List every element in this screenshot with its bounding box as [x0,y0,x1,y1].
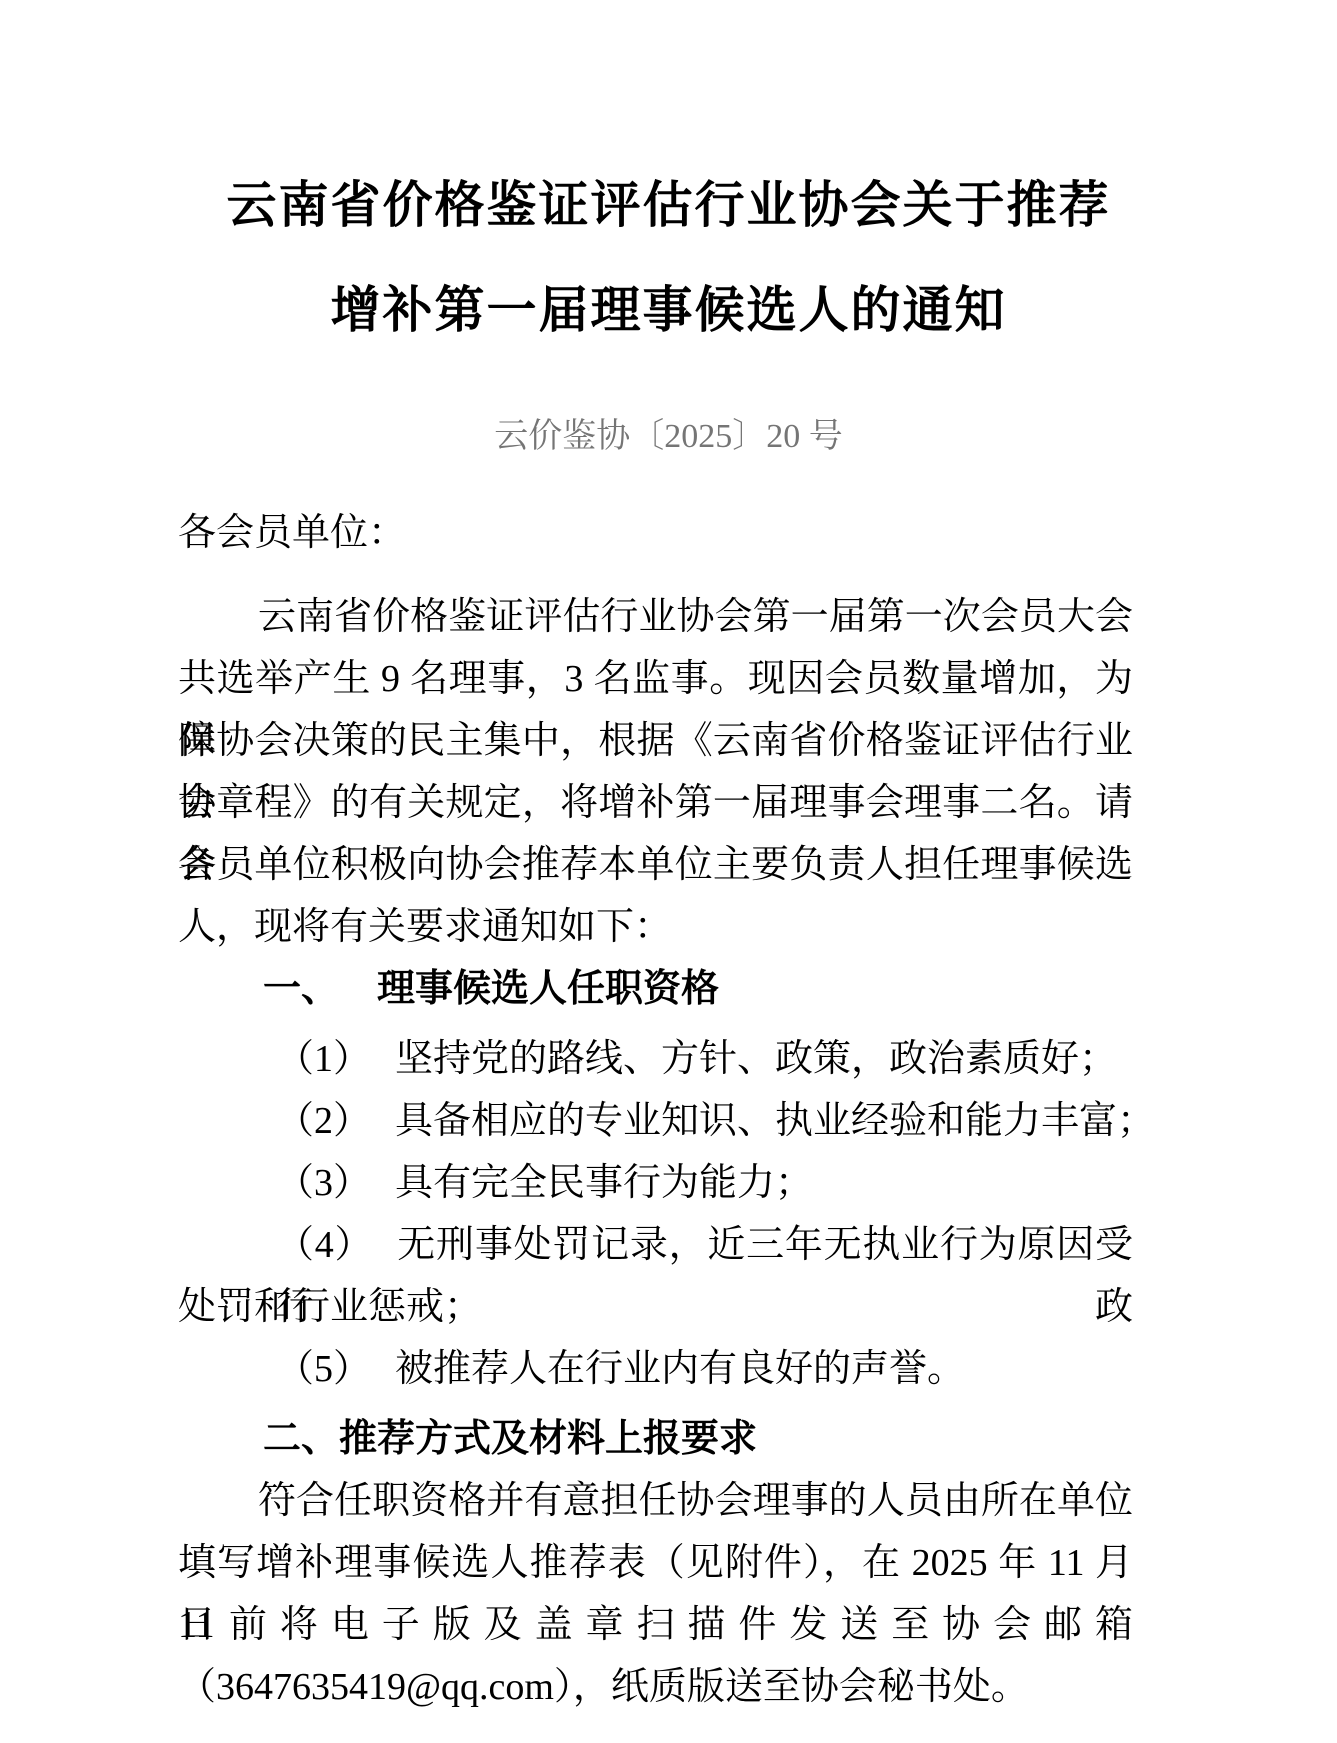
list-item-1: （1）坚持党的路线、方针、政策，政治素质好； [178,1028,1133,1090]
list-item-3: （3）具有完全民事行为能力； [178,1152,1133,1214]
paragraph1-line5: 会员单位积极向协会推荐本单位主要负责人担任理事候选 [178,834,1133,896]
paragraph1-line3: 障协会决策的民主集中，根据《云南省价格鉴证评估行业协 [178,710,1133,772]
list-item-5-number: （5） [276,1348,371,1390]
list-item-5-text: 被推荐人在行业内有良好的声誉。 [395,1348,965,1390]
list-item-5: （5）被推荐人在行业内有良好的声誉。 [178,1338,1133,1400]
paragraph2-line3: 日前将电子版及盖章扫描件发送至协会邮箱 [178,1594,1133,1656]
document-body: 各会员单位： 云南省价格鉴证评估行业协会第一届第一次会员大会 共选举产生 9 名… [178,502,1133,1718]
paragraph1-line6: 人，现将有关要求通知如下： [178,896,1133,958]
document-title-line1: 云南省价格鉴证评估行业协会关于推荐 [0,180,1337,230]
paragraph2-line4-email: （3647635419@qq.com），纸质版送至协会秘书处。 [178,1656,1133,1718]
paragraph1-line1: 云南省价格鉴证评估行业协会第一届第一次会员大会 [178,586,1133,648]
list-item-4-number: （4） [276,1224,373,1266]
document-title-line2: 增补第一届理事候选人的通知 [0,285,1337,335]
qualification-list: （1）坚持党的路线、方针、政策，政治素质好； （2）具备相应的专业知识、执业经验… [178,1028,1133,1400]
list-item-2-number: （2） [276,1100,371,1142]
paragraph1-line2: 共选举产生 9 名理事，3 名监事。现因会员数量增加，为保 [178,648,1133,710]
list-item-1-number: （1） [276,1038,371,1080]
list-item-2-text: 具备相应的专业知识、执业经验和能力丰富； [395,1100,1155,1142]
document-number: 云价鉴协〔2025〕20 号 [0,415,1337,459]
section1-heading-number: 一、 [263,968,339,1010]
section2: 二、推荐方式及材料上报要求 符合任职资格并有意担任协会理事的人员由所在单位 填写… [178,1408,1133,1718]
list-item-3-number: （3） [276,1162,371,1204]
section1-heading-label: 理事候选人任职资格 [377,968,719,1010]
paragraph1-line4: 会章程》的有关规定，将增补第一届理事会理事二名。请各 [178,772,1133,834]
section1-heading: 一、理事候选人任职资格 [178,958,1133,1020]
section2-heading: 二、推荐方式及材料上报要求 [178,1408,1133,1470]
document-page: 云南省价格鉴证评估行业协会关于推荐 增补第一届理事候选人的通知 云价鉴协〔202… [0,0,1337,1743]
list-item-4: （4）无刑事处罚记录，近三年无执业行为原因受行政 [178,1214,1133,1276]
paragraph2-line2: 填写增补理事候选人推荐表（见附件），在 2025 年 11 月 11 [178,1532,1133,1594]
paragraph2-line1: 符合任职资格并有意担任协会理事的人员由所在单位 [178,1470,1133,1532]
list-item-1-text: 坚持党的路线、方针、政策，政治素质好； [395,1038,1117,1080]
list-item-3-text: 具有完全民事行为能力； [395,1162,813,1204]
salutation: 各会员单位： [178,502,1133,564]
list-item-2: （2）具备相应的专业知识、执业经验和能力丰富； [178,1090,1133,1152]
